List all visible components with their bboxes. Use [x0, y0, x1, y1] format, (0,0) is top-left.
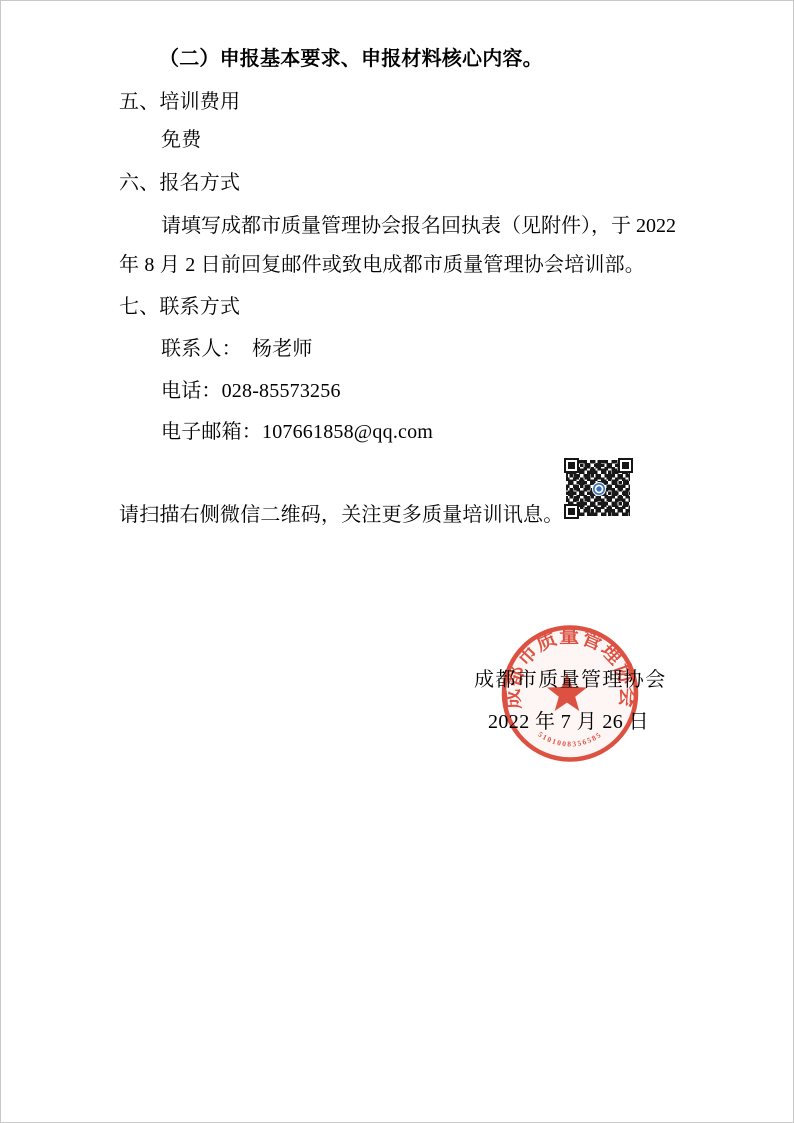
seal-graphic: 成都市质量管理协会 5101008356585	[498, 622, 642, 766]
qr-caption: 请扫描右侧微信二维码，关注更多质量培训讯息。	[119, 504, 563, 527]
qr-finder-top-left	[564, 458, 579, 473]
qr-finder-top-right	[618, 458, 633, 473]
qr-center-logo-icon	[592, 482, 606, 496]
section6-body-line2: 年 8 月 2 日前回复邮件或致电成都市质量管理协会培训部。	[119, 254, 645, 277]
official-seal: 成都市质量管理协会 5101008356585	[498, 622, 642, 766]
section6-body-line1: 请填写成都市质量管理协会报名回执表（见附件），于 2022	[161, 215, 676, 238]
contact-person: 联系人： 杨老师	[161, 338, 313, 361]
signature-organization: 成都市质量管理协会	[474, 669, 667, 692]
qr-finder-bottom-left	[564, 504, 579, 519]
section7-title: 七、联系方式	[119, 296, 240, 319]
document-page: （二）申报基本要求、申报材料核心内容。 五、培训费用 免费 六、报名方式 请填写…	[0, 0, 794, 1123]
signature-date: 2022 年 7 月 26 日	[488, 711, 649, 734]
section5-body: 免费	[161, 129, 201, 152]
heading-item-2: （二）申报基本要求、申报材料核心内容。	[159, 48, 543, 71]
contact-phone: 电话：028-85573256	[161, 380, 341, 403]
section6-title: 六、报名方式	[119, 172, 240, 195]
wechat-qr-code	[564, 458, 633, 519]
contact-email: 电子邮箱：107661858@qq.com	[161, 421, 433, 444]
section5-title: 五、培训费用	[119, 91, 240, 114]
